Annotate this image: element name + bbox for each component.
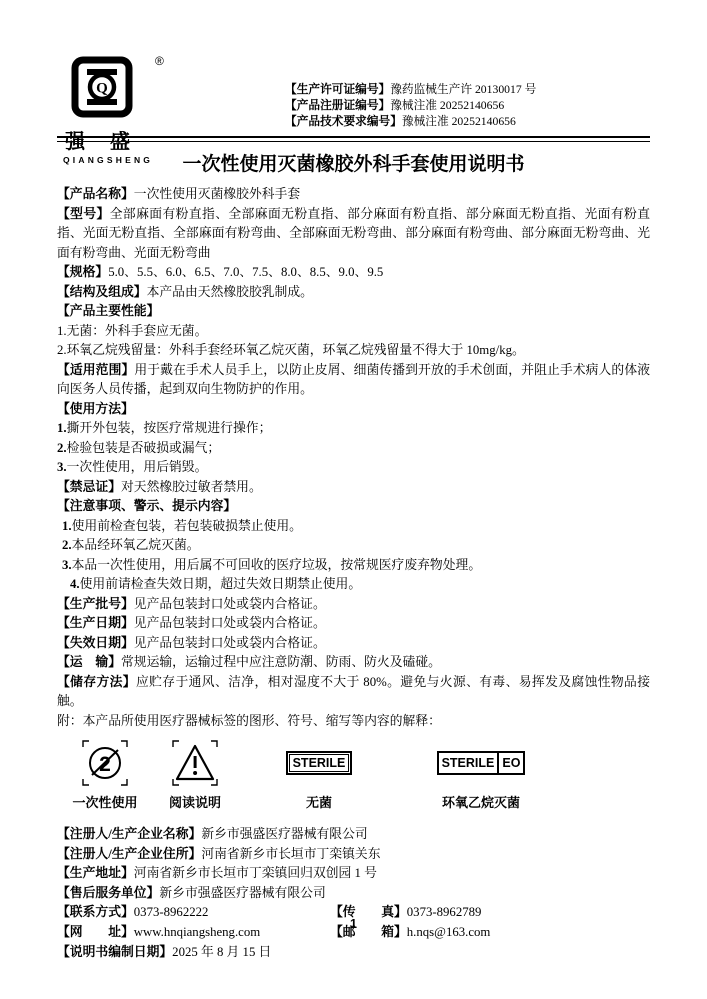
paragraph: 3.本品一次性使用，用后属不可回收的医疗垃圾，按常规医疗废弃物处理。 [57,556,650,576]
paragraph: 【结构及组成】本产品由天然橡胶胶乳制成。 [57,283,650,303]
certificate-line: 【产品技术要求编号】豫械注准 20252140656 [285,114,536,130]
field-text: 常规运输，运输过程中应注意防潮、防雨、防火及磕碰。 [121,655,441,669]
paragraph: 附：本产品所使用医疗器械标签的图形、符号、缩写等内容的解释： [57,712,650,732]
field-value: 新乡市强盛医疗器械有限公司 [159,886,325,900]
field-value: 河南省新乡市长垣市丁栾镇回归双创园 1 号 [134,866,377,880]
body-paragraphs: 【产品名称】一次性使用灭菌橡胶外科手套【型号】全部麻面有粉直指、全部麻面无粉直指… [57,185,650,731]
field-text: 2.环氧乙烷残留量：外科手套经环氧乙烷灭菌，环氧乙烷残留量不得大于 10mg/k… [57,343,525,357]
field-text: 一次性使用，用后销毁。 [67,460,208,474]
contact-cell-left: 【说明书编制日期】2025 年 8 月 15 日 [57,943,330,963]
field-label: 【说明书编制日期】 [57,945,172,959]
symbol-label: 阅读说明 [169,792,221,811]
digit-two: 2 [99,753,111,776]
field-text: 本产品由天然橡胶胶乳制成。 [147,285,313,299]
paragraph: 【产品主要性能】 [57,302,650,322]
paragraph: 1.使用前检查包装，若包装破损禁止使用。 [57,517,650,537]
logo-text-en: QIANGSHENG [63,155,183,165]
field-text: 使用前检查包装，若包装破损禁止使用。 [72,519,302,533]
sterile-eo-box-icon: STERILE EO [437,751,526,775]
symbol-read-instructions: 阅读说明 [153,739,237,811]
paragraph: 4.使用前请检查失效日期，超过失效日期禁止使用。 [57,575,650,595]
sterile-box-text: STERILE [289,754,350,772]
field-label: 【售后服务单位】 [57,886,159,900]
field-text: 撕开外包装，按医疗常规进行操作； [67,421,272,435]
do-not-reuse-icon: 2 [81,739,129,787]
field-text: 本品一次性使用，用后属不可回收的医疗垃圾，按常规医疗废弃物处理。 [72,558,482,572]
paragraph: 【生产日期】见产品包装封口处或袋内合格证。 [57,614,650,634]
certificate-line: 【产品注册证编号】豫械注准 20252140656 [285,98,536,114]
paragraph: 【运 输】常规运输，运输过程中应注意防潮、防雨、防火及磕碰。 [57,653,650,673]
sterile-box-icon: STERILE [286,751,353,775]
paragraph: 1.无菌：外科手套应无菌。 [57,322,650,342]
sterile-eo-text: STERILE [439,753,498,773]
field-label: 【规格】 [57,265,108,279]
field-label: 【产品名称】 [57,187,134,201]
field-text: 检验包装是否破损或漏气； [67,441,221,455]
field-label: 【结构及组成】 [57,285,147,299]
field-text: 用于戴在手术人员手上，以防止皮屑、细菌传播到开放的手术创面，并阻止手术病人的体液… [57,363,650,397]
contact-row: 【说明书编制日期】2025 年 8 月 15 日 [57,943,650,963]
paragraph: 3.一次性使用，用后销毁。 [57,458,650,478]
paragraph: 2.环氧乙烷残留量：外科手套经环氧乙烷灭菌，环氧乙烷残留量不得大于 10mg/k… [57,341,650,361]
page-number: 1 [0,917,707,931]
field-label: 【生产日期】 [57,616,134,630]
symbol-sterile-eo: STERILE EO 环氧乙烷灭菌 [405,739,557,811]
item-number: 3. [57,460,67,474]
paragraph: 【型号】全部麻面有粉直指、全部麻面无粉直指、部分麻面有粉直指、部分麻面无粉直指、… [57,205,650,264]
company-line: 【注册人/生产企业住所】河南省新乡市长垣市丁栾镇关东 [57,845,650,865]
company-info: 【注册人/生产企业名称】新乡市强盛医疗器械有限公司【注册人/生产企业住所】河南省… [57,825,650,903]
field-text: 一次性使用灭菌橡胶外科手套 [134,187,300,201]
paragraph: 【规格】5.0、5.5、6.0、6.5、7.0、7.5、8.0、8.5、9.0、… [57,263,650,283]
symbol-label: 无菌 [306,792,332,811]
certificate-list: 【生产许可证编号】豫药监械生产许 20130017 号【产品注册证编号】豫械注准… [285,82,536,129]
field-value: 河南省新乡市长垣市丁栾镇关东 [201,847,380,861]
field-label: 【产品技术要求编号】 [285,115,402,128]
field-label: 【产品主要性能】 [57,304,159,318]
field-value: 豫械注准 20252140656 [390,99,504,112]
paragraph: 【适用范围】用于戴在手术人员手上，以防止皮屑、细菌传播到开放的手术创面，并阻止手… [57,361,650,400]
paragraph: 【使用方法】 [57,400,650,420]
header-divider [57,136,650,142]
field-label: 【运 输】 [57,655,121,669]
symbols-legend: 2 一次性使用 阅读说明 [57,739,650,811]
paragraph: 【产品名称】一次性使用灭菌橡胶外科手套 [57,185,650,205]
field-value: 豫药监械生产许 20130017 号 [390,83,536,96]
field-label: 【生产地址】 [57,866,134,880]
contact-info: 【联系方式】0373-8962222【传 真】0373-8962789【网 址】… [57,903,650,962]
eo-text: EO [497,753,523,773]
field-label: 【生产批号】 [57,597,134,611]
field-text: 1.无菌：外科手套应无菌。 [57,324,207,338]
qiangsheng-seal-icon: Q [71,56,133,118]
instruction-leaflet-page: Q ® 强 盛 QIANGSHENG 【生产许可证编号】豫药监械生产许 2013… [0,0,707,999]
field-label: 【适用范围】 [57,363,134,377]
paragraph: 【禁忌证】对天然橡胶过敏者禁用。 [57,478,650,498]
field-label: 【注册人/生产企业名称】 [57,827,201,841]
field-label: 【生产许可证编号】 [285,83,390,96]
item-number: 2. [62,538,72,552]
field-label: 【使用方法】 [57,402,134,416]
field-label: 【禁忌证】 [57,480,121,494]
company-line: 【生产地址】河南省新乡市长垣市丁栾镇回归双创园 1 号 [57,864,650,884]
paragraph: 【生产批号】见产品包装封口处或袋内合格证。 [57,595,650,615]
field-label: 【产品注册证编号】 [285,99,390,112]
field-value: 豫械注准 20252140656 [402,115,516,128]
paragraph: 【储存方法】应贮存于通风、洁净，相对湿度不大于 80%。避免与火源、有毒、易挥发… [57,673,650,712]
symbol-sterile: STERILE 无菌 [263,739,375,811]
field-text: 本品经环氧乙烷灭菌。 [72,538,200,552]
field-value: 2025 年 8 月 15 日 [172,945,271,959]
company-logo: Q ® 强 盛 QIANGSHENG [63,56,183,165]
field-text: 见产品包装封口处或袋内合格证。 [134,616,326,630]
caution-triangle-icon [171,739,219,787]
field-label: 【注意事项、警示、提示内容】 [57,499,236,513]
company-line: 【注册人/生产企业名称】新乡市强盛医疗器械有限公司 [57,825,650,845]
field-value: 新乡市强盛医疗器械有限公司 [201,827,367,841]
paragraph: 【失效日期】见产品包装封口处或袋内合格证。 [57,634,650,654]
field-label: 【注册人/生产企业住所】 [57,847,201,861]
item-number: 2. [57,441,67,455]
symbol-label: 一次性使用 [72,792,137,811]
field-text: 全部麻面有粉直指、全部麻面无粉直指、部分麻面有粉直指、部分麻面无粉直指、光面有粉… [57,207,650,260]
header: Q ® 强 盛 QIANGSHENG 【生产许可证编号】豫药监械生产许 2013… [57,0,650,142]
paragraph: 2.本品经环氧乙烷灭菌。 [57,536,650,556]
field-text: 使用前请检查失效日期，超过失效日期禁止使用。 [80,577,362,591]
item-number: 1. [57,421,67,435]
paragraph: 【注意事项、警示、提示内容】 [57,497,650,517]
logo-seal-icon: Q ® [71,56,133,123]
item-number: 4. [70,577,80,591]
field-label: 【型号】 [57,207,110,221]
paragraph: 1.撕开外包装，按医疗常规进行操作； [57,419,650,439]
logo-q-letter: Q [96,81,108,97]
field-label: 【储存方法】 [57,675,136,689]
field-text: 附：本产品所使用医疗器械标签的图形、符号、缩写等内容的解释： [57,714,441,728]
symbol-single-use: 2 一次性使用 [59,739,151,811]
field-text: 5.0、5.5、6.0、6.5、7.0、7.5、8.0、8.5、9.0、9.5 [108,265,383,279]
field-text: 见产品包装封口处或袋内合格证。 [134,597,326,611]
item-number: 3. [62,558,72,572]
field-label: 【失效日期】 [57,636,134,650]
registered-trademark-icon: ® [155,54,164,68]
field-text: 见产品包装封口处或袋内合格证。 [134,636,326,650]
company-line: 【售后服务单位】新乡市强盛医疗器械有限公司 [57,884,650,904]
field-text: 应贮存于通风、洁净，相对湿度不大于 80%。避免与火源、有毒、易挥发及腐蚀性物品… [57,675,650,709]
symbol-label: 环氧乙烷灭菌 [442,792,520,811]
certificate-line: 【生产许可证编号】豫药监械生产许 20130017 号 [285,82,536,98]
field-text: 对天然橡胶过敏者禁用。 [121,480,262,494]
item-number: 1. [62,519,72,533]
paragraph: 2.检验包装是否破损或漏气； [57,439,650,459]
